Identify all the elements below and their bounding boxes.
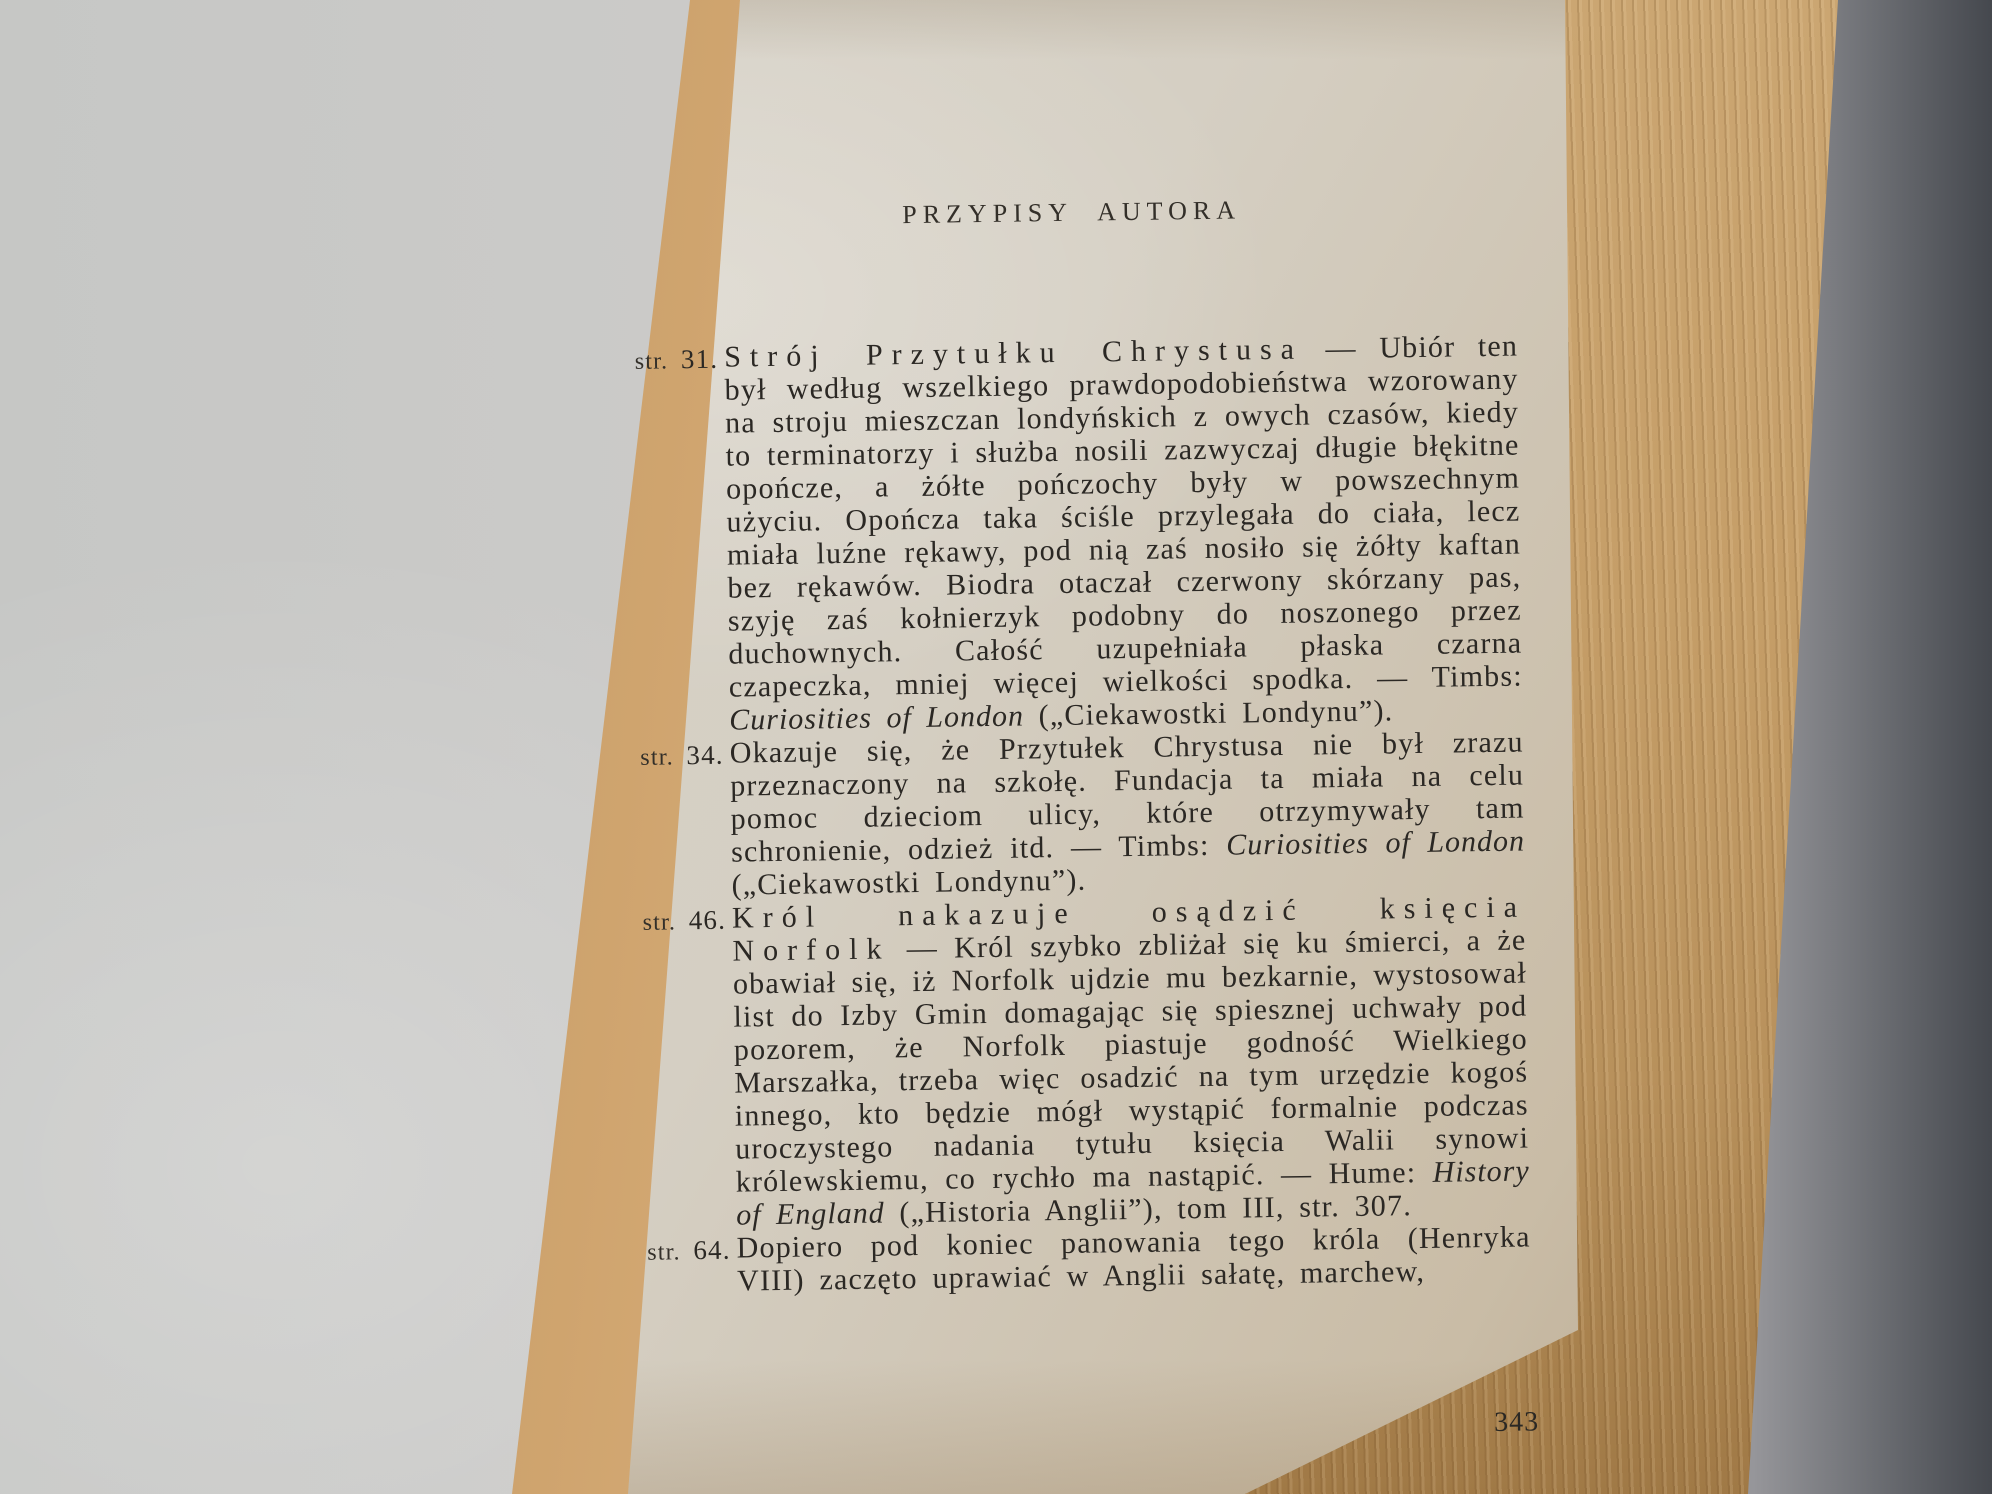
note-item: str.34.Okazuje się, że Przytułek Chrystu… (604, 726, 1526, 904)
page-title: PRZYPISY AUTORA (902, 193, 1241, 231)
note-page-ref: str. (604, 737, 676, 903)
note-text-segment: („Ciekawostki Londynu”). (1024, 694, 1394, 732)
note-text: Strój Przytułku Chrystusa — Ubiór ten by… (724, 330, 1523, 737)
note-text-segment: Dopiero pod koniec panowania tego króla … (736, 1220, 1530, 1297)
note-item: str.46.Król nakazuje osądzić księcia Nor… (606, 891, 1531, 1234)
note-page-ref: str. (598, 341, 674, 738)
note-text: Okazuje się, że Przytułek Chrystusa nie … (730, 726, 1526, 902)
note-text: Król nakazuje osądzić księcia Norfolk — … (732, 891, 1531, 1232)
note-page-number: 64. (686, 1232, 731, 1299)
note-text: Dopiero pod koniec panowania tego króla … (736, 1220, 1531, 1297)
page-number: 343 (1494, 1405, 1539, 1439)
note-page-ref: str. (606, 902, 681, 1233)
book-photo-scene: PRZYPISY AUTORA str.31.Strój Przytułku C… (0, 0, 1992, 1494)
note-text-segment: Curiosities of London (729, 699, 1024, 736)
note-item: str.64.Dopiero pod koniec panowania tego… (610, 1220, 1531, 1299)
note-text-segment: („Ciekawostki Londynu”). (731, 864, 1086, 902)
note-text-segment: — Ubiór ten był według wszelkiego prawdo… (724, 330, 1523, 704)
page-text: PRZYPISY AUTORA str.31.Strój Przytułku C… (596, 190, 1534, 1494)
note-page-number: 31. (674, 341, 724, 738)
notes-list: str.31.Strój Przytułku Chrystusa — Ubiór… (598, 330, 1531, 1300)
note-text-segment: Curiosities of London (1226, 825, 1525, 862)
note-page-number: 46. (682, 902, 731, 1233)
note-item: str.31.Strój Przytułku Chrystusa — Ubiór… (598, 330, 1523, 739)
note-page-ref: str. (610, 1232, 681, 1299)
note-page-number: 34. (680, 737, 726, 903)
